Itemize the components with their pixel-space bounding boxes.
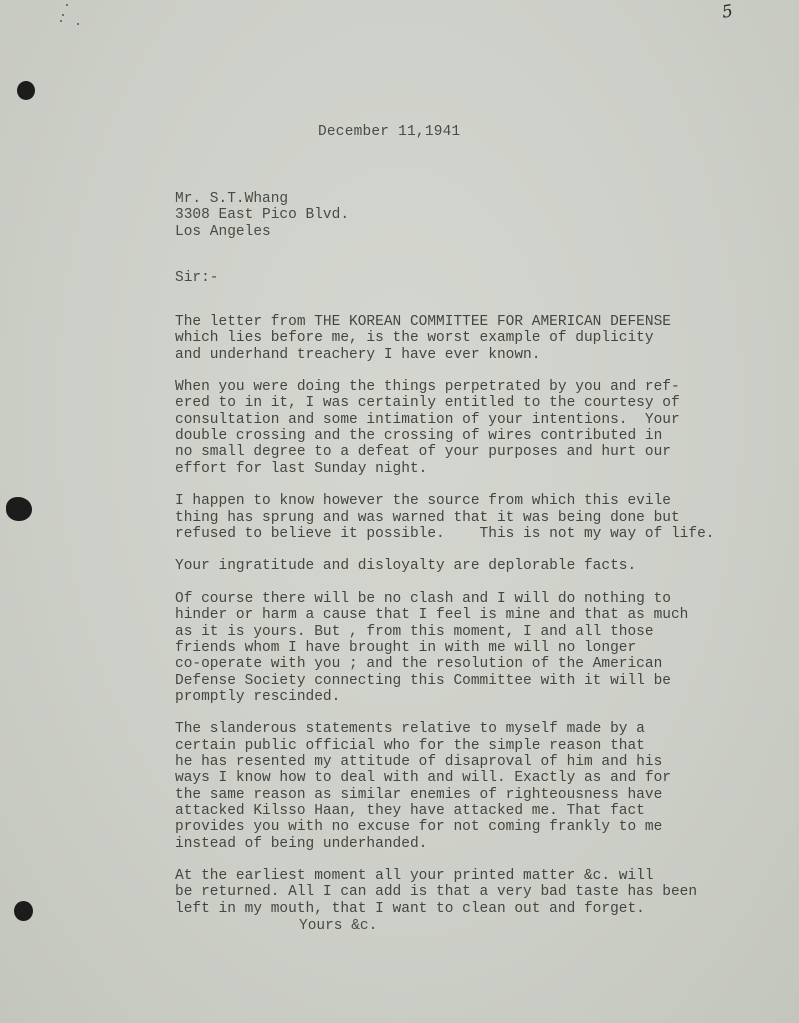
paper-speck bbox=[60, 20, 62, 22]
address-line: Mr. S.T.Whang bbox=[175, 191, 349, 207]
text-line: attacked Kilsso Haan, they have attacked… bbox=[175, 803, 785, 819]
paper-speck bbox=[77, 23, 79, 25]
text-line: left in my mouth, that I want to clean o… bbox=[175, 901, 785, 917]
text-line: Of course there will be no clash and I w… bbox=[175, 591, 785, 607]
text-line: instead of being underhanded. bbox=[175, 836, 785, 852]
punch-hole-bottom bbox=[14, 901, 33, 921]
text-line: Defense Society connecting this Committe… bbox=[175, 673, 785, 689]
text-line: double crossing and the crossing of wire… bbox=[175, 428, 785, 444]
closing: Yours &c. bbox=[299, 918, 377, 934]
letter-page: 5 December 11,1941 Mr. S.T.Whang 3308 Ea… bbox=[0, 0, 799, 1023]
text-line: refused to believe it possible. This is … bbox=[175, 526, 785, 542]
text-line: he has resented my attitude of disaprova… bbox=[175, 754, 785, 770]
text-line: The slanderous statements relative to my… bbox=[175, 721, 785, 737]
text-line: At the earliest moment all your printed … bbox=[175, 868, 785, 884]
paragraph: When you were doing the things perpetrat… bbox=[175, 379, 785, 477]
address-line: 3308 East Pico Blvd. bbox=[175, 207, 349, 223]
text-line: provides you with no excuse for not comi… bbox=[175, 819, 785, 835]
text-line: effort for last Sunday night. bbox=[175, 461, 785, 477]
text-line: promptly rescinded. bbox=[175, 689, 785, 705]
text-line: Your ingratitude and disloyalty are depl… bbox=[175, 558, 785, 574]
paper-speck bbox=[62, 14, 64, 16]
text-line: consultation and some intimation of your… bbox=[175, 412, 785, 428]
recipient-address: Mr. S.T.Whang 3308 East Pico Blvd. Los A… bbox=[175, 191, 349, 240]
text-line: thing has sprung and was warned that it … bbox=[175, 510, 785, 526]
address-line: Los Angeles bbox=[175, 224, 349, 240]
text-line: When you were doing the things perpetrat… bbox=[175, 379, 785, 395]
letter-date: December 11,1941 bbox=[318, 124, 460, 140]
text-line: the same reason as similar enemies of ri… bbox=[175, 787, 785, 803]
paragraph: The letter from THE KOREAN COMMITTEE FOR… bbox=[175, 314, 785, 363]
paper-speck bbox=[66, 4, 68, 6]
handwritten-page-number: 5 bbox=[720, 1, 734, 23]
text-line: co-operate with you ; and the resolution… bbox=[175, 656, 785, 672]
text-line: The letter from THE KOREAN COMMITTEE FOR… bbox=[175, 314, 785, 330]
text-line: ways I know how to deal with and will. E… bbox=[175, 770, 785, 786]
text-line: certain public official who for the simp… bbox=[175, 738, 785, 754]
letter-body: The letter from THE KOREAN COMMITTEE FOR… bbox=[175, 314, 785, 933]
paragraph: Of course there will be no clash and I w… bbox=[175, 591, 785, 705]
text-line: ered to in it, I was certainly entitled … bbox=[175, 395, 785, 411]
salutation: Sir:- bbox=[175, 270, 219, 286]
text-line: as it is yours. But , from this moment, … bbox=[175, 624, 785, 640]
punch-hole-middle bbox=[6, 497, 32, 521]
text-line: I happen to know however the source from… bbox=[175, 493, 785, 509]
text-line: which lies before me, is the worst examp… bbox=[175, 330, 785, 346]
paragraph: I happen to know however the source from… bbox=[175, 493, 785, 542]
text-line: hinder or harm a cause that I feel is mi… bbox=[175, 607, 785, 623]
paragraph: Your ingratitude and disloyalty are depl… bbox=[175, 558, 785, 574]
text-line: and underhand treachery I have ever know… bbox=[175, 347, 785, 363]
text-line: no small degree to a defeat of your purp… bbox=[175, 444, 785, 460]
paragraph: The slanderous statements relative to my… bbox=[175, 721, 785, 851]
text-line: friends whom I have brought in with me w… bbox=[175, 640, 785, 656]
text-line: be returned. All I can add is that a ver… bbox=[175, 884, 785, 900]
punch-hole-top bbox=[17, 81, 35, 100]
paragraph: At the earliest moment all your printed … bbox=[175, 868, 785, 917]
